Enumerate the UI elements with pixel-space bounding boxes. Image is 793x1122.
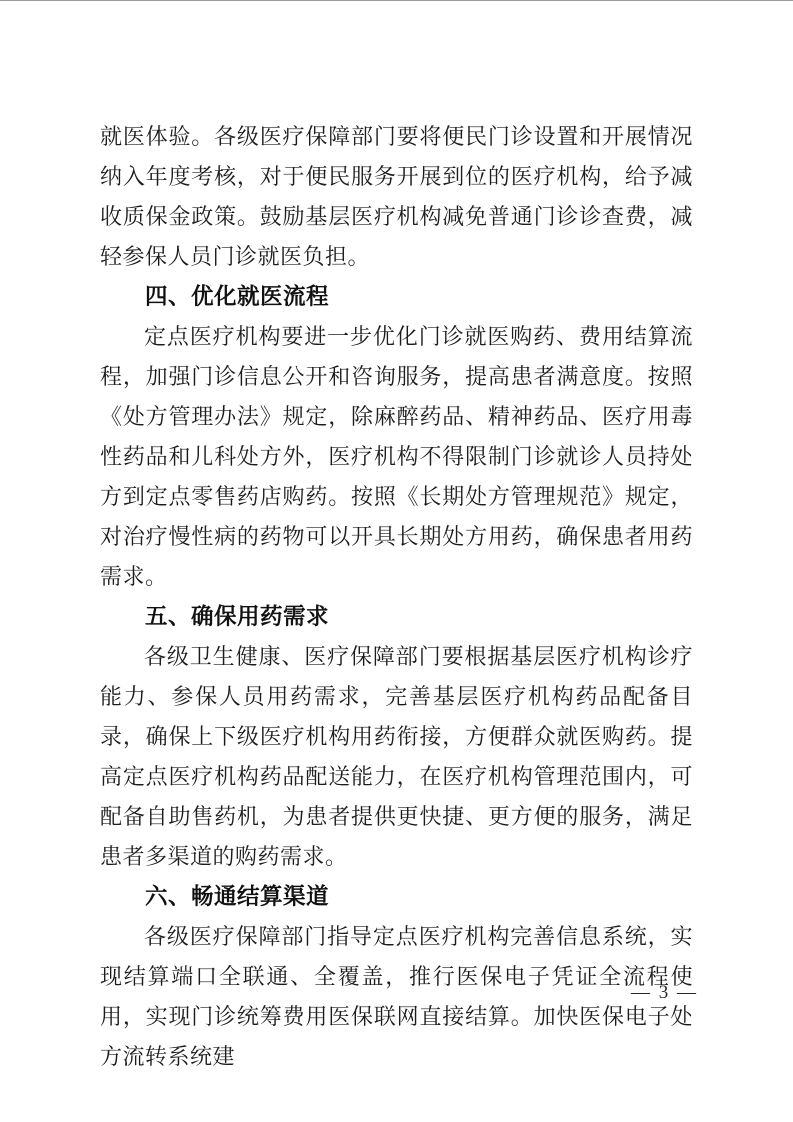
body-paragraph-section-4: 定点医疗机构要进一步优化门诊就医购药、费用结算流程，加强门诊信息公开和咨询服务，… [100,317,693,597]
page-number: — 3 — [631,980,698,1006]
body-paragraph-section-5: 各级卫生健康、医疗保障部门要根据基层医疗机构诊疗能力、参保人员用药需求，完善基层… [100,637,693,877]
section-heading-5: 五、确保用药需求 [100,597,693,637]
section-heading-6: 六、畅通结算渠道 [100,877,693,917]
body-paragraph-section-6: 各级医疗保障部门指导定点医疗机构完善信息系统，实现结算端口全联通、全覆盖，推行医… [100,917,693,1077]
document-page: 就医体验。各级医疗保障部门要将便民门诊设置和开展情况纳入年度考核，对于便民服务开… [0,0,793,1122]
page-top-edge [0,0,793,1]
document-body: 就医体验。各级医疗保障部门要将便民门诊设置和开展情况纳入年度考核，对于便民服务开… [100,117,693,1077]
body-paragraph-continued: 就医体验。各级医疗保障部门要将便民门诊设置和开展情况纳入年度考核，对于便民服务开… [100,117,693,277]
section-heading-4: 四、优化就医流程 [100,277,693,317]
